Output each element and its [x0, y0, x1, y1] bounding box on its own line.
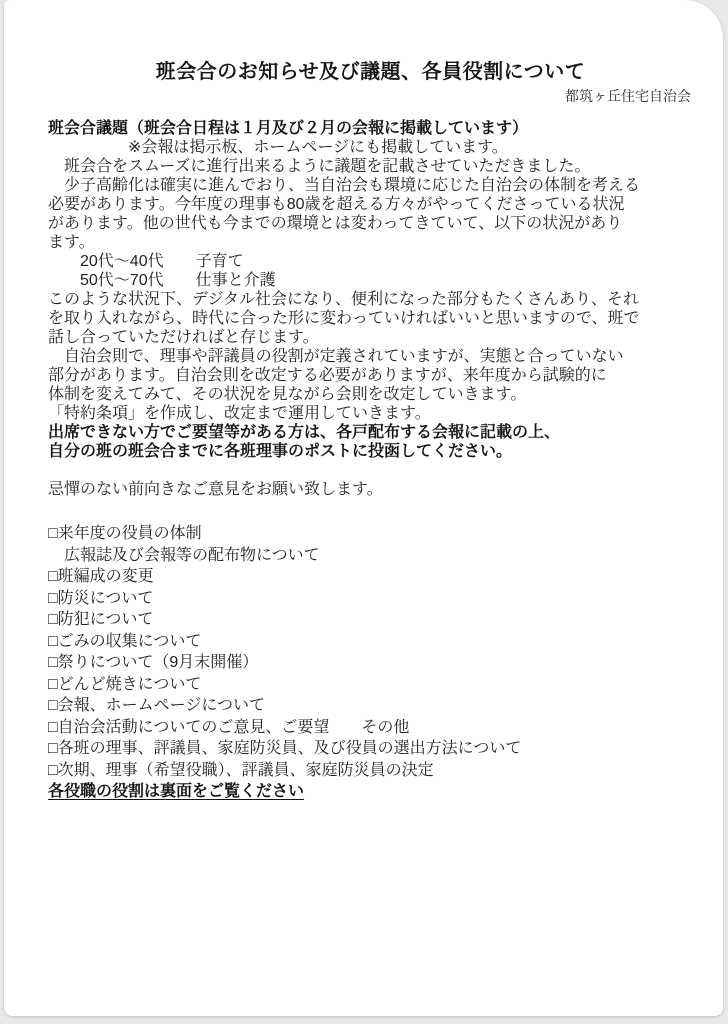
checkbox-icon: □ [48, 676, 58, 693]
agenda-item-label: 来年度の役員の体制 [58, 525, 202, 542]
agenda-item-label: 防災について [58, 590, 154, 607]
checkbox-icon: □ [48, 525, 58, 542]
agenda-item-label: 班編成の変更 [58, 568, 154, 585]
document-page: 班会合のお知らせ及び議題、各員役割について 都筑ヶ丘住宅自治会 班会合議題（班会… [4, 0, 723, 1016]
text-line: 班会合をスムーズに進行出来るように議題を記載させていただきました。 [48, 157, 693, 176]
text-line: 話し合っていただければと存じます。 [48, 328, 693, 347]
agenda-item: □防犯について [48, 609, 693, 631]
agenda-item-label: 次期、理事（希望役職）、評議員、家庭防災員の決定 [58, 762, 434, 779]
text-line: ます。 [48, 233, 693, 252]
age-group-line: 20代～40代 子育て [48, 252, 693, 271]
agenda-item-label: 防犯について [58, 611, 154, 628]
agenda-item-label: 自治会活動についてのご意見、ご要望 その他 [58, 719, 410, 736]
text-line: があります。他の世代も今までの環境とは変わってきていて、以下の状況があり [48, 214, 693, 233]
agenda-item: □どんど焼きについて [48, 674, 693, 696]
text-line: ※会報は掲示板、ホームページにも掲載しています。 [48, 138, 693, 157]
text-line: 「特約条項」を作成し、改定まで運用していきます。 [48, 404, 693, 423]
agenda-item-label: ごみの収集について [58, 633, 202, 650]
agenda-item: □各班の理事、評議員、家庭防災員、及び役員の選出方法について [48, 738, 693, 760]
agenda-item: □祭りについて（9月末開催） [48, 652, 693, 674]
request-instruction-line: 自分の班の班会合までに各班理事のポストに投函してください。 [48, 442, 693, 461]
agenda-item-label: 各班の理事、評議員、家庭防災員、及び役員の選出方法について [58, 740, 522, 757]
text-line: 体制を変えてみて、その状況を見ながら会則を改定していきます。 [48, 385, 693, 404]
back-page-note: 各役職の役割は裏面をご覧ください [48, 781, 693, 803]
text-line: このような状況下、デジタル社会になり、便利になった部分もたくさんあり、それ [48, 290, 693, 309]
agenda-item-label: どんど焼きについて [58, 676, 202, 693]
organization-name: 都筑ヶ丘住宅自治会 [48, 86, 693, 106]
agenda-item: □防災について [48, 588, 693, 610]
agenda-item: □次期、理事（希望役職）、評議員、家庭防災員の決定 [48, 760, 693, 782]
agenda-item: □会報、ホームページについて [48, 695, 693, 717]
checkbox-icon: □ [48, 654, 58, 671]
text-line: を取り入れながら、時代に合った形に変わっていければいいと思いますので、班で [48, 309, 693, 328]
text-line: 自治会則で、理事や評議員の役割が定義されていますが、実態と合っていない [48, 347, 693, 366]
agenda-item: □来年度の役員の体制 [48, 523, 693, 545]
text-line: 必要があります。今年度の理事も80歳を超える方々がやってくださっている状況 [48, 195, 693, 214]
agenda-item-label: 祭りについて（9月末開催） [58, 654, 259, 671]
age-group-line: 50代～70代 仕事と介護 [48, 271, 693, 290]
checkbox-icon: □ [48, 611, 58, 628]
agenda-item-label: 会報、ホームページについて [58, 697, 265, 714]
agenda-item: □班編成の変更 [48, 566, 693, 588]
text-line: 部分があります。自治会則を改定する必要がありますが、来年度から試験的に [48, 366, 693, 385]
document-body: 班会合議題（班会合日程は１月及び２月の会報に掲載しています） ※会報は掲示板、ホ… [48, 119, 693, 499]
closing-remark-line: 忌憚のない前向きなご意見をお願い致します。 [48, 480, 693, 499]
checkbox-icon: □ [48, 590, 58, 607]
text-line: 少子高齢化は確実に進んでおり、当自治会も環境に応じた自治会の体制を考える [48, 176, 693, 195]
checkbox-icon: □ [48, 633, 58, 650]
checkbox-icon: □ [48, 740, 58, 757]
document-title: 班会合のお知らせ及び議題、各員役割について [48, 58, 693, 86]
agenda-heading-line: 班会合議題（班会合日程は１月及び２月の会報に掲載しています） [48, 119, 693, 138]
agenda-item-label: 広報誌及び会報等の配布物について [48, 547, 320, 564]
checkbox-icon: □ [48, 762, 58, 779]
checkbox-icon: □ [48, 719, 58, 736]
screenshot-root: { "document": { "title": "班会合のお知らせ及び議題、各… [0, 0, 728, 1024]
agenda-item: □自治会活動についてのご意見、ご要望 その他 [48, 717, 693, 739]
agenda-item: □ごみの収集について [48, 631, 693, 653]
agenda-list: □来年度の役員の体制 広報誌及び会報等の配布物について □班編成の変更 □防災に… [48, 523, 693, 803]
agenda-subitem: 広報誌及び会報等の配布物について [48, 545, 693, 567]
request-instruction-line: 出席できない方でご要望等がある方は、各戸配布する会報に記載の上、 [48, 423, 693, 442]
checkbox-icon: □ [48, 697, 58, 714]
checkbox-icon: □ [48, 568, 58, 585]
